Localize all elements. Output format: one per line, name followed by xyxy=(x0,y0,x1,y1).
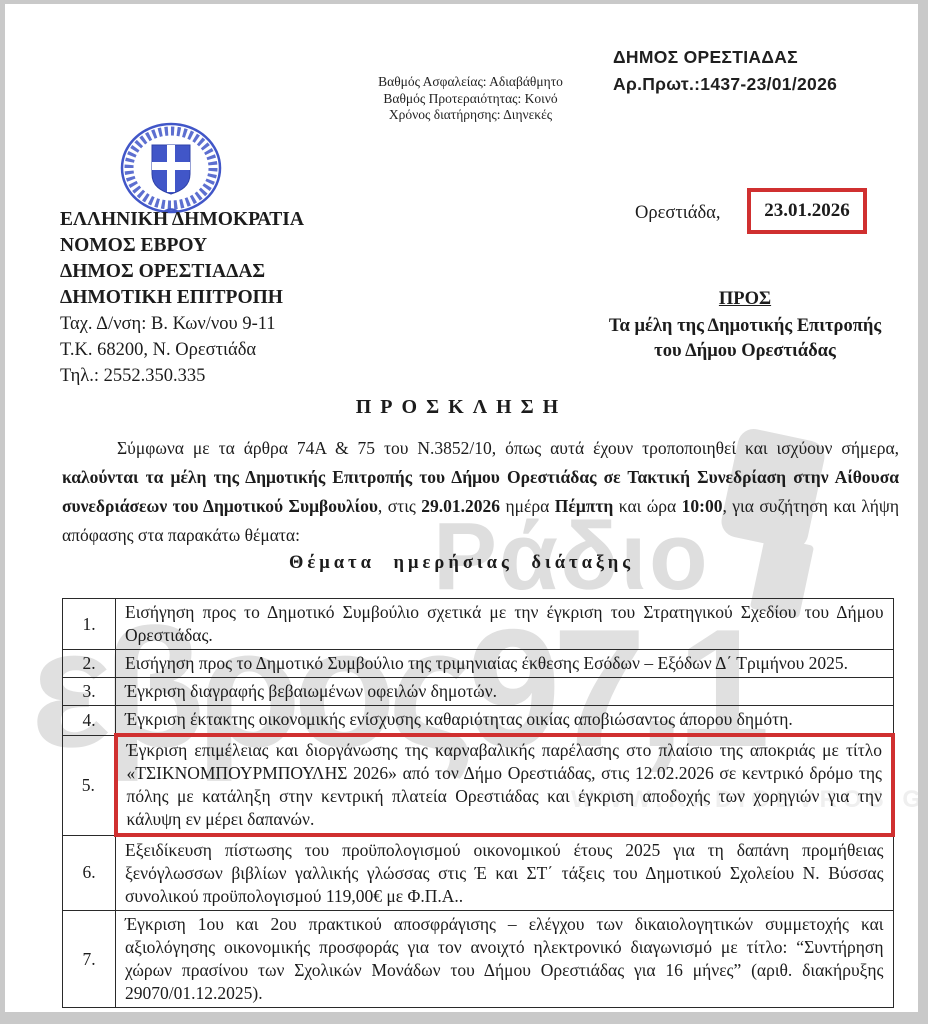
agenda-heading: Θέματα ημερήσιας διάταξης xyxy=(5,553,918,574)
agenda-row-text: Εισήγηση προς το Δημοτικό Συμβούλιο της … xyxy=(116,650,894,678)
agenda-row: 6.Εξειδίκευση πίστωσης του προϋπολογισμο… xyxy=(63,835,894,911)
agenda-row-text-highlighted: Έγκριση επιμέλειας και διοργάνωσης της κ… xyxy=(116,735,894,835)
agenda-row-number: 1. xyxy=(63,599,116,650)
document-page: Ράδιο εβρος97,1 WWW.RADIOEVROS.GR Βαθμός… xyxy=(5,4,918,1012)
agenda-row: 7.Έγκριση 1ου και 2ου πρακτικού αποσφράγ… xyxy=(63,911,894,1008)
paragraph-segment: , στις xyxy=(378,496,421,516)
paragraph-segment: ημέρα xyxy=(500,496,555,516)
paragraph-segment: 29.01.2026 xyxy=(421,496,500,516)
dateline-place: Ορεστιάδα, xyxy=(635,203,720,224)
agenda-row-number: 2. xyxy=(63,650,116,678)
agenda-row-text: Εισήγηση προς το Δημοτικό Συμβούλιο σχετ… xyxy=(116,599,894,650)
sender-line: ΔΗΜΟΤΙΚΗ ΕΠΙΤΡΟΠΗ xyxy=(60,285,304,311)
security-classification-block: Βαθμός Ασφαλείας: Αδιαβάθμητο Βαθμός Προ… xyxy=(363,74,578,124)
paragraph-segment: 10:00 xyxy=(682,496,723,516)
agenda-row-text: Έγκριση έκτακτης οικονομικής ενίσχυσης κ… xyxy=(116,706,894,736)
agenda-row-text: Έγκριση διαγραφής βεβαιωμένων οφειλών δη… xyxy=(116,678,894,706)
agenda-row: 1.Εισήγηση προς το Δημοτικό Συμβούλιο σχ… xyxy=(63,599,894,650)
agenda-row-number: 5. xyxy=(63,735,116,835)
sender-line: ΔΗΜΟΣ ΟΡΕΣΤΙΑΔΑΣ xyxy=(60,259,304,285)
security-line: Χρόνος διατήρησης: Διηνεκές xyxy=(363,107,578,124)
document-title: ΠΡΟΣΚΛΗΣΗ xyxy=(5,396,918,419)
agenda-row-number: 3. xyxy=(63,678,116,706)
agenda-table: 1.Εισήγηση προς το Δημοτικό Συμβούλιο σχ… xyxy=(62,598,895,1008)
recipient-line: Τα μέλη της Δημοτικής Επιτροπής xyxy=(570,314,918,339)
sender-postal: Τ.Κ. 68200, Ν. Ορεστιάδα xyxy=(60,337,304,363)
agenda-row-number: 4. xyxy=(63,706,116,736)
recipient-heading: ΠΡΟΣ xyxy=(570,287,918,312)
sender-address: Ταχ. Δ/νση: Β. Κων/νου 9-11 xyxy=(60,311,304,337)
sender-line: ΝΟΜΟΣ ΕΒΡΟΥ xyxy=(60,233,304,259)
agenda-row-text: Εξειδίκευση πίστωσης του προϋπολογισμού … xyxy=(116,835,894,911)
agenda-row: 5.Έγκριση επιμέλειας και διοργάνωσης της… xyxy=(63,735,894,835)
paragraph-segment: Πέμπτη xyxy=(555,496,614,516)
date-annotation-box: 23.01.2026 xyxy=(747,188,867,234)
security-line: Βαθμός Ασφαλείας: Αδιαβάθμητο xyxy=(363,74,578,91)
sender-line: ΕΛΛΗΝΙΚΗ ΔΗΜΟΚΡΑΤΙΑ xyxy=(60,207,304,233)
recipient-line: του Δήμου Ορεστιάδας xyxy=(570,339,918,364)
agenda-row: 3.Έγκριση διαγραφής βεβαιωμένων οφειλών … xyxy=(63,678,894,706)
recipient-block: ΠΡΟΣ Τα μέλη της Δημοτικής Επιτροπής του… xyxy=(570,287,918,364)
sender-block: ΕΛΛΗΝΙΚΗ ΔΗΜΟΚΡΑΤΙΑ ΝΟΜΟΣ ΕΒΡΟΥ ΔΗΜΟΣ ΟΡ… xyxy=(60,207,304,389)
protocol-number: Αρ.Πρωτ.:1437-23/01/2026 xyxy=(613,71,837,98)
agency-name: ΔΗΜΟΣ ΟΡΕΣΤΙΑΔΑΣ xyxy=(613,44,837,71)
paragraph-segment: Σύμφωνα με τα άρθρα 74Α & 75 του Ν.3852/… xyxy=(117,438,899,458)
paragraph-segment: και ώρα xyxy=(613,496,681,516)
agenda-row-number: 6. xyxy=(63,835,116,911)
agenda-row: 2.Εισήγηση προς το Δημοτικό Συμβούλιο τη… xyxy=(63,650,894,678)
agenda-row-text: Έγκριση 1ου και 2ου πρακτικού αποσφράγισ… xyxy=(116,911,894,1008)
agenda-row: 4.Έγκριση έκτακτης οικονομικής ενίσχυσης… xyxy=(63,706,894,736)
invitation-paragraph: Σύμφωνα με τα άρθρα 74Α & 75 του Ν.3852/… xyxy=(62,434,899,550)
sender-phone: Τηλ.: 2552.350.335 xyxy=(60,363,304,389)
screenshot-frame: Ράδιο εβρος97,1 WWW.RADIOEVROS.GR Βαθμός… xyxy=(0,0,928,1024)
agency-protocol-block: ΔΗΜΟΣ ΟΡΕΣΤΙΑΔΑΣ Αρ.Πρωτ.:1437-23/01/202… xyxy=(613,44,837,98)
document-content: Βαθμός Ασφαλείας: Αδιαβάθμητο Βαθμός Προ… xyxy=(5,4,918,1012)
agenda-row-number: 7. xyxy=(63,911,116,1008)
security-line: Βαθμός Προτεραιότητας: Κοινό xyxy=(363,91,578,108)
